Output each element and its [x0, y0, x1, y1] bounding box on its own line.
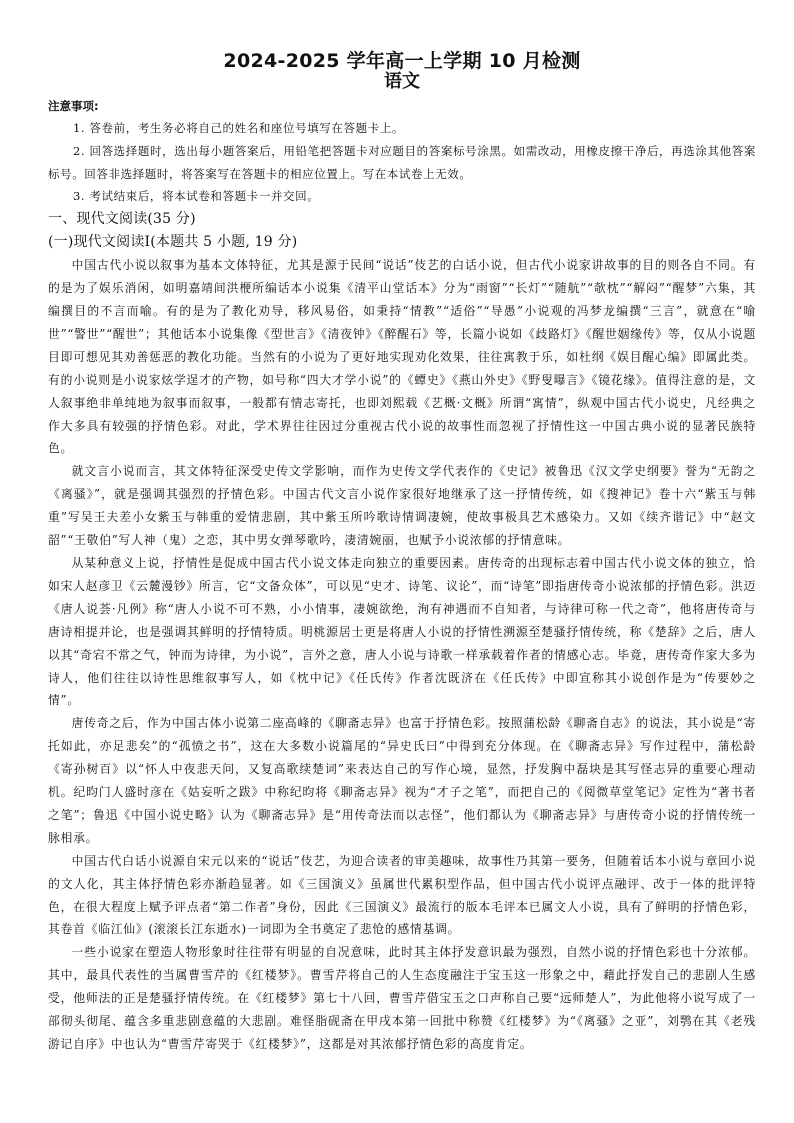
passage-paragraph: 唐传奇之后，作为中国古体小说第二座高峰的《聊斋志异》也富于抒情色彩。按照蒲松龄《… — [48, 712, 756, 849]
subsection-heading: (一)现代文阅读Ⅰ(本题共 5 小题, 19 分) — [48, 231, 756, 254]
exam-title: 2024-2025 学年高一上学期 10 月检测 — [48, 51, 756, 72]
notice-item: 1. 答卷前，考生务必将自己的姓名和座位号填写在答题卡上。 — [48, 117, 756, 140]
reading-passage: 中国古代小说以叙事为基本文体特征，尤其是源于民间“说话”伎艺的白话小说，但古代小… — [48, 254, 756, 1056]
notice-item: 2. 回答选择题时，选出每小题答案后，用铅笔把答题卡对应题目的答案标号涂黑。如需… — [48, 140, 756, 186]
passage-paragraph: 从某种意义上说，抒情性是促成中国古代小说文体走向独立的重要因素。唐传奇的出现标志… — [48, 552, 756, 712]
notice-list: 1. 答卷前，考生务必将自己的姓名和座位号填写在答题卡上。 2. 回答选择题时，… — [48, 117, 756, 208]
subject-title: 语文 — [48, 72, 756, 92]
passage-paragraph: 一些小说家在塑造人物形象时往往带有明显的自况意味，此时其主体抒发意识最为强烈，自… — [48, 941, 756, 1056]
notice-heading: 注意事项: — [48, 95, 756, 117]
section-heading: 一、现代文阅读(35 分) — [48, 208, 756, 231]
passage-paragraph: 中国古代小说以叙事为基本文体特征，尤其是源于民间“说话”伎艺的白话小说，但古代小… — [48, 254, 756, 460]
exam-page: 2024-2025 学年高一上学期 10 月检测 语文 注意事项: 1. 答卷前… — [48, 0, 756, 1056]
passage-paragraph: 就文言小说而言，其文体特征深受史传文学影响，而作为史传文学代表作的《史记》被鲁迅… — [48, 460, 756, 552]
passage-paragraph: 中国古代白话小说源自宋元以来的“说话”伎艺，为迎合读者的审美趣味，故事性乃其第一… — [48, 850, 756, 942]
notice-item: 3. 考试结束后，将本试卷和答题卡一并交回。 — [48, 185, 756, 208]
